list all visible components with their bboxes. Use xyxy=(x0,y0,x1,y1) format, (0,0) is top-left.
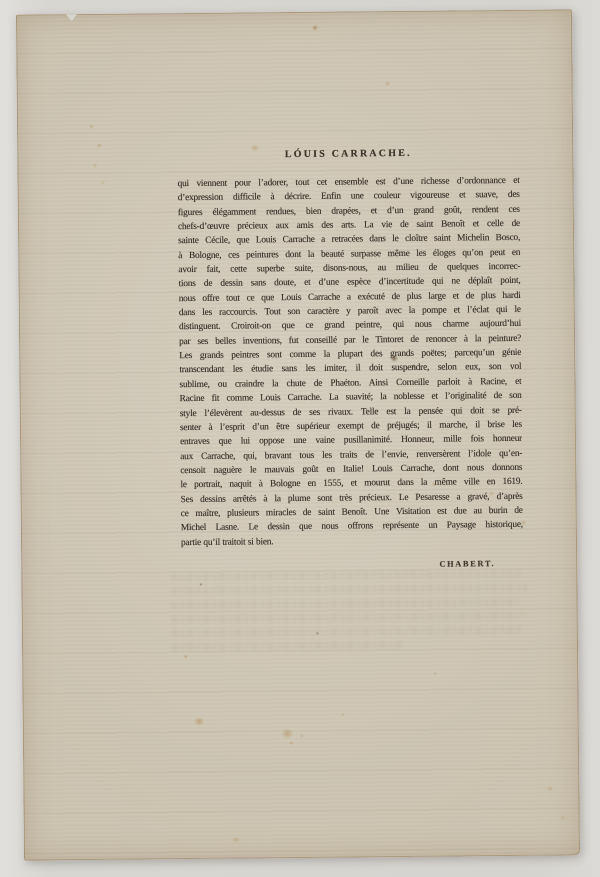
body-text: qui viennent pour l’adorer, tout cet ens… xyxy=(178,174,524,550)
show-through-line xyxy=(171,584,527,595)
scan-background: LÓUIS CARRACHE. qui viennent pour l’ador… xyxy=(0,0,600,877)
show-through-line xyxy=(172,612,526,623)
show-through-text xyxy=(171,570,528,657)
page-sheet: LÓUIS CARRACHE. qui viennent pour l’ador… xyxy=(16,9,580,860)
show-through-line xyxy=(172,598,520,609)
show-through-line xyxy=(172,626,522,637)
show-through-line xyxy=(172,641,402,651)
